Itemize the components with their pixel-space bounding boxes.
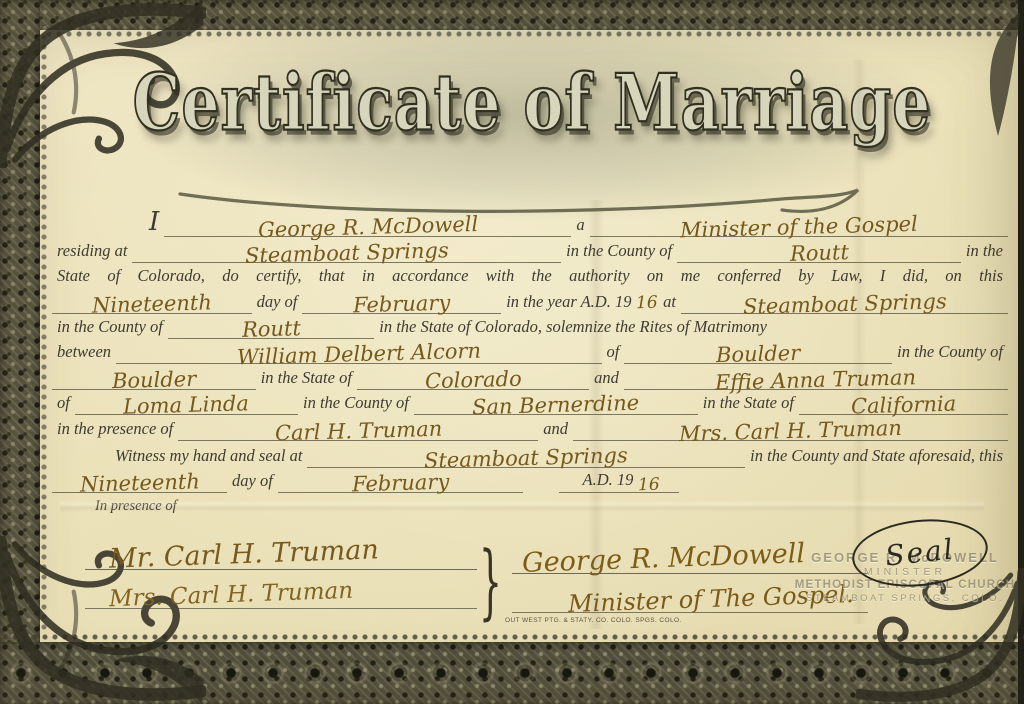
page-title: Certificate of Marriage	[133, 58, 932, 149]
stamp-location: STEAMBOAT SPRINGS, COLO.	[788, 593, 1022, 604]
witness1-signature: Mr. Carl H. Truman	[109, 536, 380, 572]
handwritten-witness-place: Steamboat Springs	[424, 445, 628, 472]
printed-text: of	[52, 394, 75, 415]
printed-text: between	[52, 343, 116, 364]
form-line-1: I George R. McDowell a Minister of the G…	[52, 212, 1008, 237]
form-line-12: In presence of	[52, 493, 1008, 516]
printed-text: State of Colorado, do certify, that in a…	[52, 267, 1008, 288]
printed-text: A.D. 19	[578, 471, 639, 492]
printed-text: I	[144, 208, 164, 238]
printed-text: in the County of	[892, 343, 1008, 364]
printed-text: at	[658, 293, 681, 314]
handwritten-month: February	[353, 292, 451, 316]
form-line-11: Nineteenth day of February A.D. 19 16	[52, 468, 1008, 493]
form-line-9: in the presence of Carl H. Truman and Mr…	[52, 415, 1008, 440]
form-line-5: in the County of Routt in the State of C…	[52, 314, 1008, 339]
printed-text: in the County of	[52, 318, 168, 339]
printed-text: and	[538, 420, 573, 441]
handwritten-bride-county: San Bernerdine	[472, 393, 640, 419]
fill-in-blank-year2: A.D. 19 16	[559, 468, 679, 493]
form-line-3: State of Colorado, do certify, that in a…	[52, 263, 1008, 288]
printed-text: day of	[227, 472, 278, 493]
handwritten-county2: Routt	[241, 318, 300, 341]
handwritten-witness1: Carl H. Truman	[274, 418, 442, 444]
fill-in-blank-groom-city: Boulder	[624, 339, 892, 364]
printed-text: in the County of	[298, 394, 414, 415]
printed-text: a	[571, 216, 589, 237]
form-line-8: of Loma Linda in the County of San Berne…	[52, 390, 1008, 415]
handwritten-year: 16	[636, 294, 658, 312]
handwritten-day2: Nineteenth	[79, 472, 199, 496]
fill-in-blank-place: Steamboat Springs	[681, 288, 1008, 313]
officiant-signature: George R. McDowell	[522, 540, 806, 577]
corner-flourish-top-right-icon	[968, 10, 1022, 140]
fill-in-blank-groom-state: Colorado	[357, 364, 589, 389]
title-block: Certificate of Marriage	[110, 44, 954, 212]
handwritten-residence: Steamboat Springs	[245, 240, 449, 267]
seal-label: Seal	[884, 535, 956, 570]
printed-text: in the County and State aforesaid, this	[745, 447, 1008, 468]
fill-in-blank-month: February	[302, 288, 501, 313]
printed-text: of	[602, 343, 625, 364]
printed-text: in the year A.D. 19	[501, 293, 636, 314]
certificate-body: I George R. McDowell a Minister of the G…	[52, 212, 1008, 516]
printed-text: residing at	[52, 242, 132, 263]
marriage-certificate-document: Certificate of Marriage I George R. McDo…	[0, 0, 1024, 704]
fill-in-blank-bride-state: California	[799, 390, 1008, 415]
witness-signature-line-2: Mrs. Carl H. Truman	[85, 570, 477, 609]
fill-in-blank-officiant-name: George R. McDowell	[164, 212, 571, 237]
fill-in-blank-groom-name: William Delbert Alcorn	[116, 339, 601, 364]
fill-in-blank-day2: Nineteenth	[52, 468, 227, 493]
printed-text: and	[589, 369, 624, 390]
printed-text: day of	[252, 293, 303, 314]
form-line-7: Boulder in the State of Colorado and Eff…	[52, 364, 1008, 389]
printed-text: in the State of	[698, 394, 799, 415]
handwritten-day: Nineteenth	[92, 292, 212, 316]
form-line-2: residing at Steamboat Springs in the Cou…	[52, 237, 1008, 262]
handwritten-groom-county: Boulder	[111, 369, 196, 392]
handwritten-bride-state: California	[851, 394, 957, 418]
handwritten-groom-state: Colorado	[424, 368, 521, 392]
printer-credit: OUT WEST PTG. & STATY. CO. COLO. SPGS. C…	[505, 617, 682, 624]
handwritten-month2: February	[351, 472, 449, 496]
form-line-10: Witness my hand and seal at Steamboat Sp…	[52, 443, 1008, 468]
witness-signature-column: Mr. Carl H. Truman Mrs. Carl H. Truman	[85, 528, 477, 609]
printed-text: in the County of	[561, 242, 677, 263]
fill-in-blank-groom-county: Boulder	[52, 364, 256, 389]
signature-brace: }	[479, 537, 502, 629]
handwritten-place: Steamboat Springs	[742, 291, 946, 318]
handwritten-bride-name: Effie Anna Truman	[715, 367, 916, 394]
handwritten-county: Routt	[789, 242, 848, 265]
form-line-6: between William Delbert Alcorn of Boulde…	[52, 339, 1008, 364]
printed-text: Witness my hand and seal at	[110, 447, 307, 468]
form-line-4: Nineteenth day of February in the year A…	[52, 288, 1008, 313]
fill-in-blank-witness2: Mrs. Carl H. Truman	[573, 415, 1008, 440]
printed-text: in the State of Colorado, solemnize the …	[374, 318, 1008, 339]
handwritten-groom-city: Boulder	[716, 343, 801, 366]
fill-in-blank-bride-name: Effie Anna Truman	[624, 364, 1008, 389]
fill-in-blank-bride-county: San Bernerdine	[414, 390, 698, 415]
handwritten-bride-city: Loma Linda	[123, 393, 249, 418]
fill-in-blank-residence: Steamboat Springs	[132, 237, 561, 262]
fill-in-blank-witness-place: Steamboat Springs	[307, 443, 745, 468]
fill-in-blank-month2: February	[278, 468, 523, 493]
printed-text: in the State of	[256, 369, 357, 390]
witness-signature-line-1: Mr. Carl H. Truman	[85, 528, 477, 570]
printed-text: in the presence of	[52, 420, 178, 441]
printed-text: In presence of	[90, 498, 182, 517]
fill-in-blank-day: Nineteenth	[52, 288, 252, 313]
fill-in-blank-county2: Routt	[168, 314, 374, 339]
printed-text: in the	[961, 242, 1008, 263]
witness2-signature: Mrs. Carl H. Truman	[109, 580, 354, 612]
fill-in-blank-officiant-title: Minister of the Gospel	[590, 212, 1008, 237]
fill-in-blank-bride-city: Loma Linda	[75, 390, 298, 415]
handwritten-year2: 16	[638, 477, 660, 495]
handwritten-witness2: Mrs. Carl H. Truman	[679, 417, 902, 444]
